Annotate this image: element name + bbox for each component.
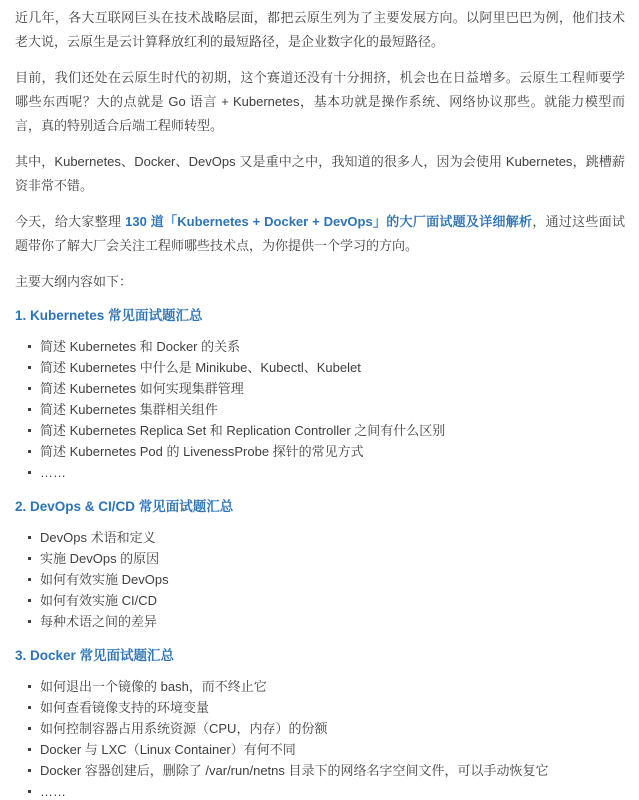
docker-question-list: 如何退出一个镜像的 bash，而不终止它 如何查看镜像支持的环境变量 如何控制容… bbox=[15, 676, 625, 800]
list-item-ellipsis: …… bbox=[40, 781, 625, 800]
list-item: 实施 DevOps 的原因 bbox=[40, 548, 625, 569]
list-item: 简述 Kubernetes 集群相关组件 bbox=[40, 399, 625, 420]
list-item: 如何控制容器占用系统资源（CPU，内存）的份额 bbox=[40, 718, 625, 739]
list-item: 每种术语之间的差异 bbox=[40, 611, 625, 632]
highlighted-title-text: 130 道「Kubernetes + Docker + DevOps」的大厂面试… bbox=[125, 214, 532, 229]
intro-paragraph-3: 其中，Kubernetes、Docker、DevOps 又是重中之中，我知道的很… bbox=[15, 150, 625, 198]
list-item: 如何退出一个镜像的 bash，而不终止它 bbox=[40, 676, 625, 697]
list-item: 如何查看镜像支持的环境变量 bbox=[40, 697, 625, 718]
intro-paragraph-1: 近几年，各大互联网巨头在技术战略层面，都把云原生列为了主要发展方向。以阿里巴巴为… bbox=[15, 6, 625, 54]
list-item: DevOps 术语和定义 bbox=[40, 527, 625, 548]
list-item: 简述 Kubernetes Pod 的 LivenessProbe 探针的常见方… bbox=[40, 441, 625, 462]
list-item-ellipsis: …… bbox=[40, 462, 625, 483]
article-body: 近几年，各大互联网巨头在技术战略层面，都把云原生列为了主要发展方向。以阿里巴巴为… bbox=[0, 0, 639, 800]
list-item: 简述 Kubernetes 和 Docker 的关系 bbox=[40, 336, 625, 357]
paragraph-4-prefix: 今天，给大家整理 bbox=[15, 214, 125, 229]
list-item: Docker 与 LXC（Linux Container）有何不同 bbox=[40, 739, 625, 760]
section-heading-kubernetes: 1. Kubernetes 常见面试题汇总 bbox=[15, 306, 625, 326]
list-item: 简述 Kubernetes Replica Set 和 Replication … bbox=[40, 420, 625, 441]
list-item: 如何有效实施 CI/CD bbox=[40, 590, 625, 611]
list-item: 简述 Kubernetes 中什么是 Minikube、Kubectl、Kube… bbox=[40, 357, 625, 378]
intro-paragraph-4: 今天，给大家整理 130 道「Kubernetes + Docker + Dev… bbox=[15, 210, 625, 258]
kubernetes-question-list: 简述 Kubernetes 和 Docker 的关系 简述 Kubernetes… bbox=[15, 336, 625, 483]
section-heading-docker: 3. Docker 常见面试题汇总 bbox=[15, 646, 625, 666]
list-item: Docker 容器创建后，删除了 /var/run/netns 目录下的网络名字… bbox=[40, 760, 625, 781]
outline-lead-in: 主要大纲内容如下： bbox=[15, 270, 625, 294]
list-item: 简述 Kubernetes 如何实现集群管理 bbox=[40, 378, 625, 399]
list-item: 如何有效实施 DevOps bbox=[40, 569, 625, 590]
devops-question-list: DevOps 术语和定义 实施 DevOps 的原因 如何有效实施 DevOps… bbox=[15, 527, 625, 632]
intro-paragraph-2: 目前，我们还处在云原生时代的初期，这个赛道还没有十分拥挤，机会也在日益增多。云原… bbox=[15, 66, 625, 138]
section-heading-devops: 2. DevOps & CI/CD 常见面试题汇总 bbox=[15, 497, 625, 517]
